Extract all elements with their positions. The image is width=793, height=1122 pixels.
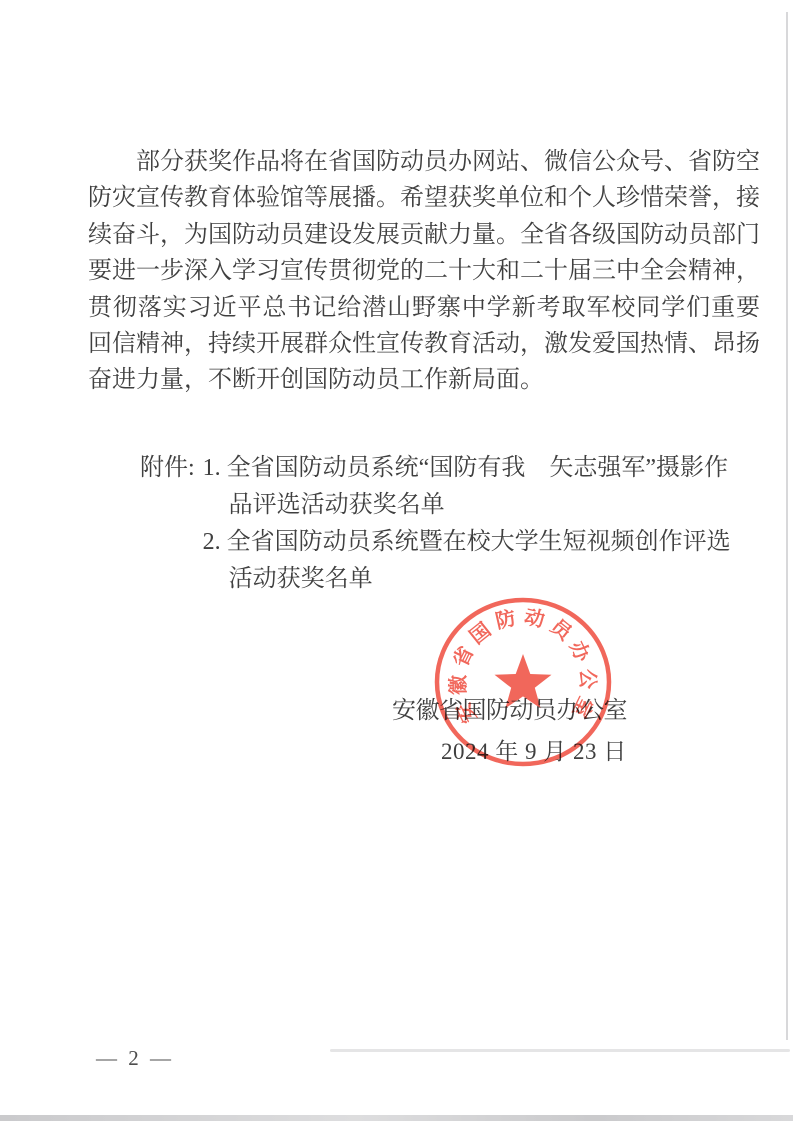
text-line: 奋进力量，不断开创国防动员工作新局面。	[88, 362, 760, 398]
page-number: — 2 —	[96, 1046, 174, 1071]
attachment-item-number: 1.	[203, 455, 221, 481]
attachment-item-line: 2.全省国防动员系统暨在校大学生短视频创作评选	[203, 524, 731, 561]
attachment-item-text: 品评选活动获奖名单	[203, 487, 731, 524]
attachment-item-text: 全省国防动员系统暨在校大学生短视频创作评选	[227, 529, 731, 555]
text-line: 要进一步深入学习宣传贯彻党的二十大和二十届三中全会精神，	[88, 253, 760, 289]
attachment-item-line: 1.全省国防动员系统“国防有我 矢志强军”摄影作	[203, 450, 731, 487]
scan-edge-band-bottom	[0, 1115, 793, 1121]
text-line: 续奋斗，为国防动员建设发展贡献力量。全省各级国防动员部门	[88, 217, 760, 253]
text-line: 部分获奖作品将在省国防动员办网站、微信公众号、省防空	[88, 144, 760, 180]
body-paragraph: 部分获奖作品将在省国防动员办网站、微信公众号、省防空防灾宣传教育体验馆等展播。希…	[88, 144, 760, 399]
text-line: 回信精神，持续开展群众性宣传教育活动，激发爱国热情、昂扬	[88, 326, 760, 362]
scan-smudge	[330, 1049, 790, 1052]
text-line: 贯彻落实习近平总书记给潜山野寨中学新考取军校同学们重要	[88, 290, 760, 326]
text-line: 防灾宣传教育体验馆等展播。希望获奖单位和个人珍惜荣誉，接	[88, 180, 760, 216]
scan-edge-line-right	[786, 12, 788, 1040]
attachment-items: 1.全省国防动员系统“国防有我 矢志强军”摄影作 品评选活动获奖名单 2.全省国…	[203, 450, 731, 598]
attachment-label: 附件:	[140, 450, 195, 598]
attachment-block: 附件: 1.全省国防动员系统“国防有我 矢志强军”摄影作 品评选活动获奖名单 2…	[140, 450, 731, 598]
attachment-item-number: 2.	[203, 529, 221, 555]
document-page: 部分获奖作品将在省国防动员办网站、微信公众号、省防空防灾宣传教育体验馆等展播。希…	[0, 0, 793, 1122]
seal-star-icon	[495, 654, 552, 708]
attachment-item-1: 1.全省国防动员系统“国防有我 矢志强军”摄影作 品评选活动获奖名单	[203, 450, 731, 524]
official-seal: 安徽省国防动员办公室	[431, 592, 615, 776]
attachment-item-text: 全省国防动员系统“国防有我 矢志强军”摄影作	[227, 455, 728, 481]
attachment-item-2: 2.全省国防动员系统暨在校大学生短视频创作评选 活动获奖名单	[203, 524, 731, 598]
